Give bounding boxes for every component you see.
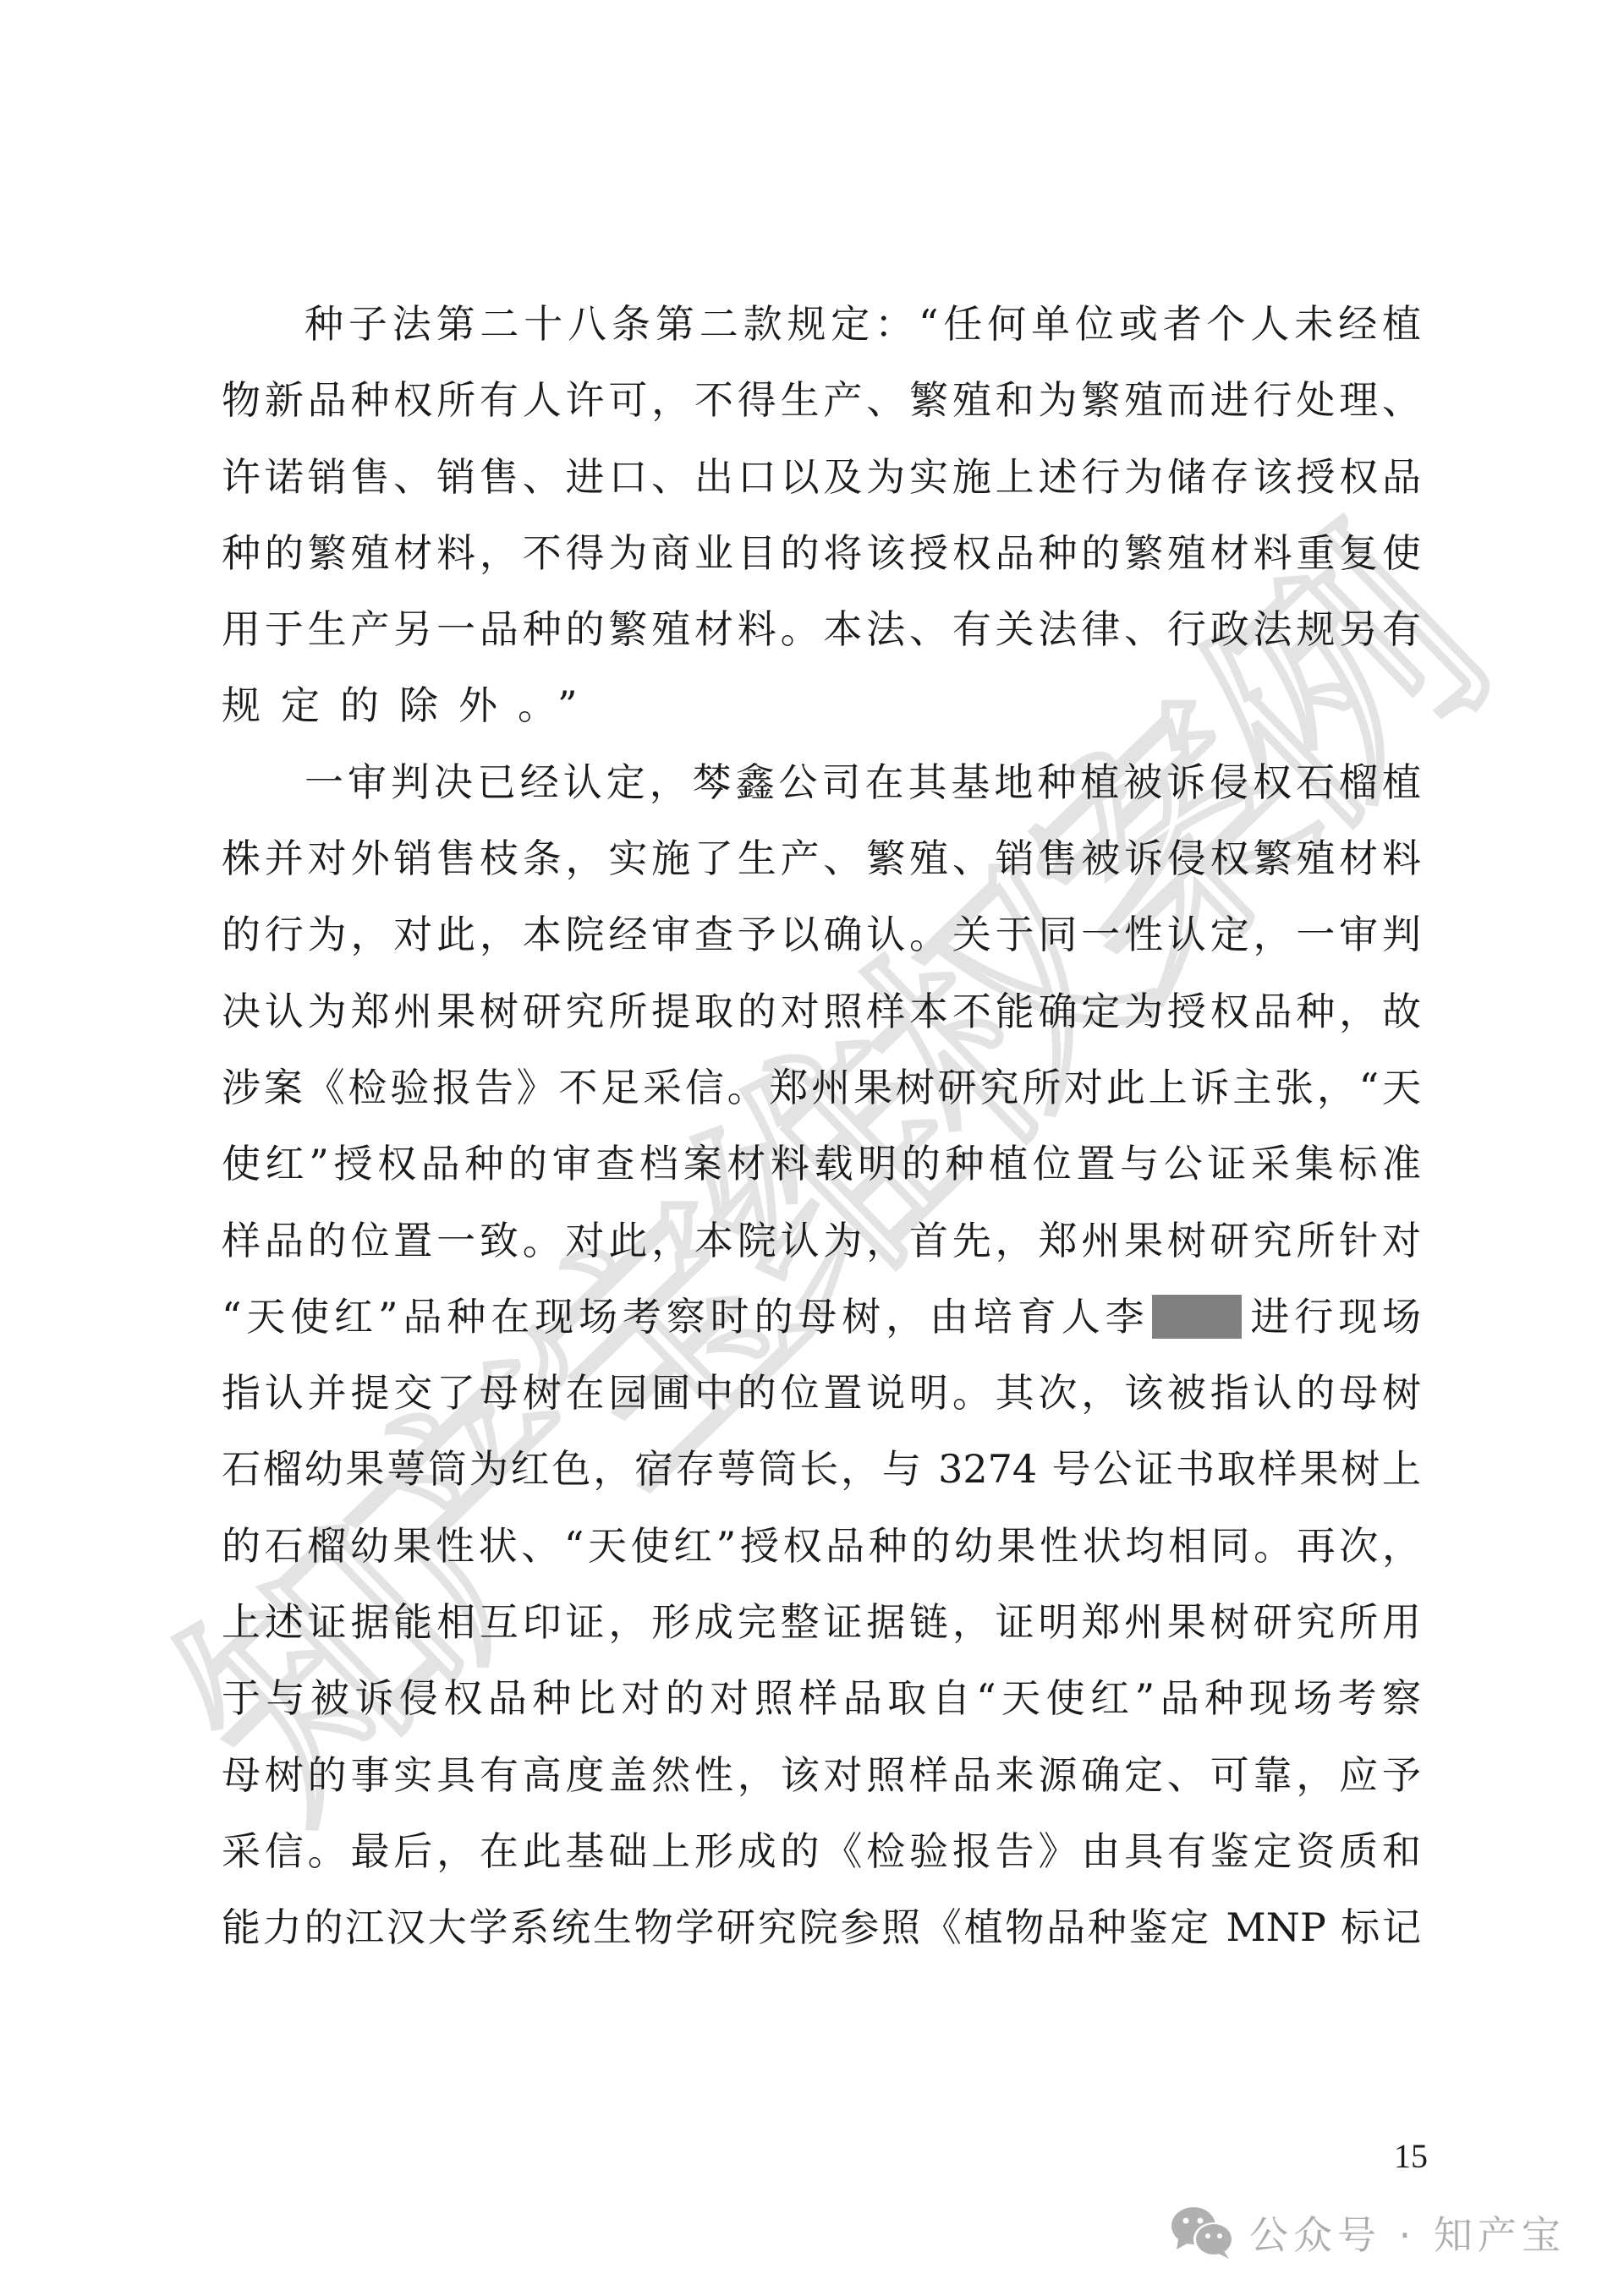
redaction-box (1152, 1295, 1242, 1339)
text-line: 于与被诉侵权品种比对的对照样品取自“天使红”品种现场考察 (222, 1672, 1421, 1748)
text-line: 能力的江汉大学系统生物学研究院参照《植物品种鉴定 MNP 标记 (222, 1901, 1421, 1977)
text-line: 物新品种权所有人许可，不得生产、繁殖和为繁殖而进行处理、 (222, 374, 1421, 450)
page-number: 15 (1394, 2136, 1428, 2176)
text-line: 上述证据能相互印证，形成完整证据链，证明郑州果树研究所用 (222, 1596, 1421, 1672)
text-line: 样品的位置一致。对此，本院认为，首先，郑州果树研究所针对 (222, 1214, 1421, 1290)
text-line: 用于生产另一品种的繁殖材料。本法、有关法律、行政法规另有 (222, 603, 1421, 679)
wechat-icon (1170, 2206, 1236, 2260)
text-line: 种子法第二十八条第二款规定：“任何单位或者个人未经植 (222, 298, 1421, 374)
footer-brand[interactable]: 公众号 · 知产宝 (1170, 2203, 1566, 2262)
text-line: 许诺销售、销售、进口、出口以及为实施上述行为储存该授权品 (222, 451, 1421, 527)
text-segment: 进行现场 (1245, 1294, 1421, 1340)
text-line: 株并对外销售枝条，实施了生产、繁殖、销售被诉侵权繁殖材料 (222, 832, 1421, 908)
footer-label: 公众号 · 知产宝 (1249, 2205, 1566, 2260)
text-line: 种的繁殖材料，不得为商业目的将该授权品种的繁殖材料重复使 (222, 527, 1421, 603)
text-line: 的行为，对此，本院经审查予以确认。关于同一性认定，一审判 (222, 908, 1421, 984)
text-segment: “天使红”品种在现场考察时的母树，由培育人李 (222, 1294, 1149, 1340)
text-line: 采信。最后，在此基础上形成的《检验报告》由具有鉴定资质和 (222, 1825, 1421, 1901)
text-line: 石榴幼果萼筒为红色，宿存萼筒长，与 3274 号公证书取样果树上 (222, 1443, 1421, 1519)
text-line: 的石榴幼果性状、“天使红”授权品种的幼果性状均相同。再次， (222, 1520, 1421, 1596)
document-body: 种子法第二十八条第二款规定：“任何单位或者个人未经植 物新品种权所有人许可，不得… (222, 298, 1421, 1978)
text-line: 决认为郑州果树研究所提取的对照样本不能确定为授权品种，故 (222, 985, 1421, 1061)
text-line: 规定的除外。” (222, 679, 1421, 755)
text-line: 涉案《检验报告》不足采信。郑州果树研究所对此上诉主张，“天 (222, 1061, 1421, 1137)
text-line: 使红”授权品种的审查档案材料载明的种植位置与公证采集标准 (222, 1137, 1421, 1214)
text-line: 指认并提交了母树在园圃中的位置说明。其次，该被指认的母树 (222, 1367, 1421, 1443)
text-line: 一审判决已经认定，棽鑫公司在其基地种植被诉侵权石榴植 (222, 756, 1421, 832)
text-line: 母树的事实具有高度盖然性，该对照样品来源确定、可靠，应予 (222, 1749, 1421, 1825)
text-line-with-redaction: “天使红”品种在现场考察时的母树，由培育人李进行现场 (222, 1290, 1421, 1367)
